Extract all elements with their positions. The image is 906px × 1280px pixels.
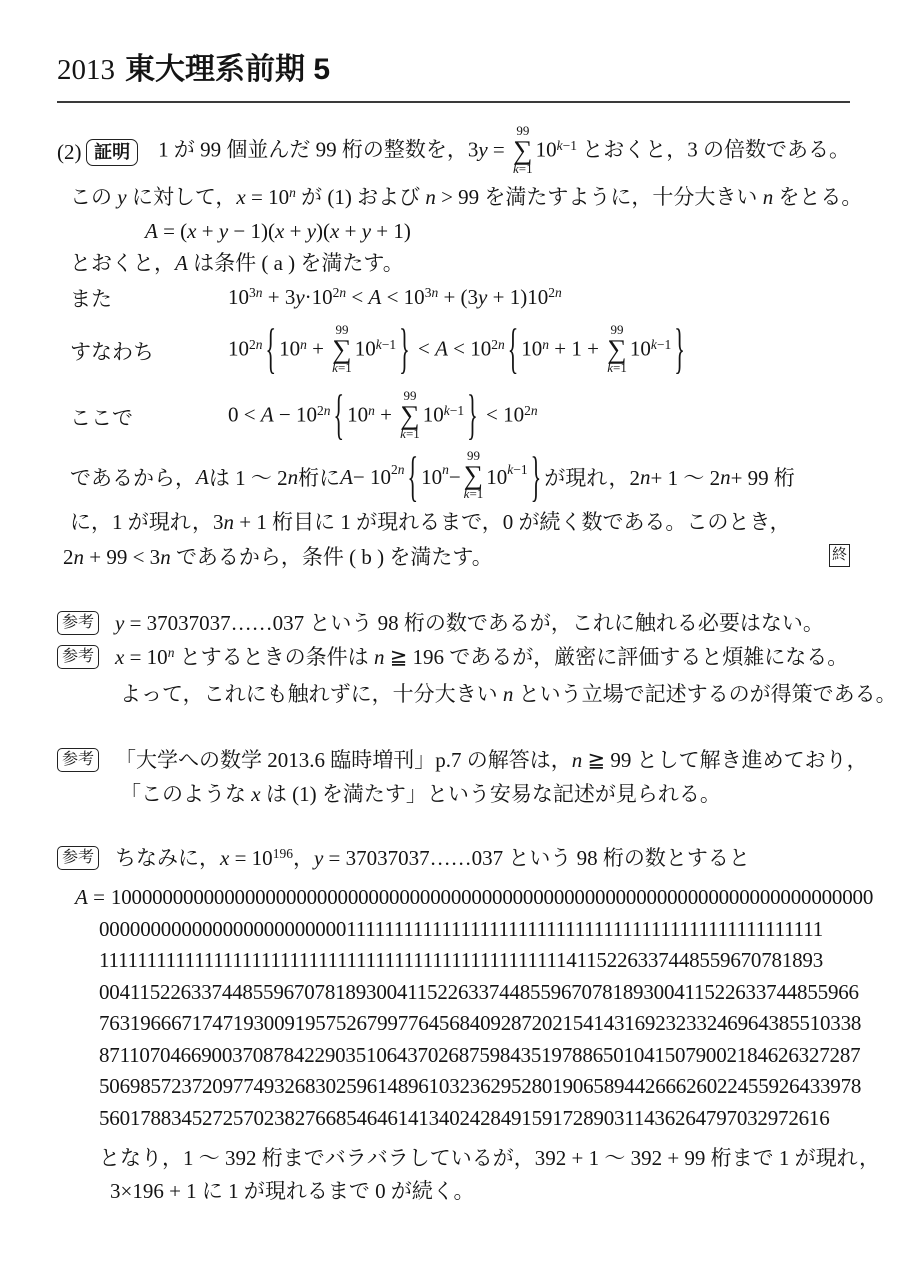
- note-1-text: y = 37037037……037 という 98 桁の数であるが，これに触れる必…: [115, 606, 824, 640]
- proof-paragraph-line1: であるから，A は 1 ～ 2n 桁に A − 102n{10n − 99∑k=…: [70, 448, 850, 506]
- closing-line-2: 3×196 + 1 に 1 が現れるまで 0 が続く。: [110, 1175, 850, 1208]
- proof-line1-text: 1 が 99 個並んだ 99 桁の整数を，3y = 99∑k=110k−1 とお…: [158, 126, 850, 178]
- sigma-sum: 99∑k=1: [513, 124, 533, 176]
- note-3: 参考 「大学への数学 2013.6 臨時増刊」p.7 の解答は，n ≧ 99 と…: [57, 743, 850, 777]
- formula-row-sunawachi: すなわち 102n{10n + 99∑k=110k−1} < A < 102n{…: [57, 316, 850, 386]
- note-box-label: 参考: [57, 748, 99, 772]
- note-box-label: 参考: [57, 645, 99, 669]
- big-brace: }: [467, 382, 478, 447]
- big-brace: {: [266, 316, 277, 381]
- proof-heading-line: (2) 証明 1 が 99 個並んだ 99 桁の整数を，3y = 99∑k=11…: [57, 123, 850, 181]
- note-3-text-line1: 「大学への数学 2013.6 臨時増刊」p.7 の解答は，n ≧ 99 として解…: [115, 743, 868, 777]
- document-page: 2013東大理系前期 5 (2) 証明 1 が 99 個並んだ 99 桁の整数を…: [0, 0, 906, 1280]
- horizontal-rule: [57, 101, 850, 103]
- sigma-sum: 99∑k=1: [332, 323, 352, 375]
- title-year: 2013: [57, 54, 115, 86]
- row-formula: 103n + 3y·102n < A < 103n + (3y + 1)102n: [228, 285, 562, 310]
- big-number-line-6: 8711070466900370878422903510643702687598…: [99, 1040, 850, 1072]
- row-formula: 102n{10n + 99∑k=110k−1} < A < 102n{10n +…: [228, 325, 688, 377]
- title-name: 東大理系前期 5: [125, 53, 330, 86]
- big-brace: {: [508, 316, 519, 381]
- big-number-line-4: 0041152263374485596707818930041152263374…: [99, 977, 850, 1009]
- note-2-text-line1: x = 10n とするときの条件は n ≧ 196 であるが，厳密に評価すると煩…: [115, 640, 848, 677]
- big-number-line-2: 0000000000000000000000001111111111111111…: [99, 914, 850, 946]
- sigma-sum: 99∑k=1: [464, 449, 484, 501]
- big-number-digits-6: 8711070466900370878422903510643702687598…: [99, 1043, 860, 1067]
- big-number-digits-7: 5069857237209774932683025961489610323629…: [99, 1074, 861, 1098]
- note-1: 参考 y = 37037037……037 という 98 桁の数であるが，これに触…: [57, 606, 850, 640]
- proof-box-label: 証明: [86, 139, 138, 166]
- big-number-digits-8: 5601788345272570238276685464614134024284…: [99, 1106, 830, 1130]
- big-number-line-5: 7631966671747193009195752679977645684092…: [99, 1008, 850, 1040]
- equation-A-definition: A = (x + y − 1)(x + y)(x + y + 1): [145, 216, 850, 247]
- qed-box: 終: [829, 544, 850, 567]
- big-brace: }: [531, 445, 542, 510]
- proof-paragraph-line3-text: 2n + 99 < 3n であるから，条件 ( b ) を満たす。: [63, 541, 493, 571]
- big-number-digits-1: 1000000000000000000000000000000000000000…: [111, 885, 873, 909]
- big-number-line-8: 5601788345272570238276685464614134024284…: [99, 1103, 850, 1135]
- big-brace: }: [399, 316, 410, 381]
- big-number-digits-3: 1111111111111111111111111111111111111111…: [99, 948, 823, 972]
- big-number-line-1: A =1000000000000000000000000000000000000…: [75, 882, 850, 914]
- big-brace: {: [408, 445, 419, 510]
- big-number-digits-2: 0000000000000000000000001111111111111111…: [99, 917, 823, 941]
- proof-paragraph-line2: に，1 が現れ，3n + 1 桁目に 1 が現れるまで，0 が続く数である。この…: [70, 506, 850, 539]
- sigma-sum: 99∑k=1: [607, 323, 627, 375]
- big-number-line-7: 5069857237209774932683025961489610323629…: [99, 1071, 850, 1103]
- note-2: 参考 x = 10n とするときの条件は n ≧ 196 であるが，厳密に評価す…: [57, 640, 850, 677]
- big-brace: }: [674, 316, 685, 381]
- note-4-text: ちなみに，x = 10196，y = 37037037……037 という 98 …: [115, 841, 750, 878]
- note-box-label: 参考: [57, 611, 99, 635]
- note-3-text-line2: 「このような x は (1) を満たす」という安易な記述が見られる。: [120, 777, 850, 811]
- proof-line2: この y に対して，x = 10n が (1) および n > 99 を満たすよ…: [70, 181, 850, 216]
- note-box-label: 参考: [57, 846, 99, 870]
- note-4: 参考 ちなみに，x = 10196，y = 37037037……037 という …: [57, 841, 850, 878]
- formula-row-kokode: ここで 0 < A − 102n{10n + 99∑k=110k−1} < 10…: [57, 386, 850, 448]
- proof-line3: とおくと，A は条件 ( a ) を満たす。: [70, 247, 850, 279]
- page-title: 2013東大理系前期 5: [57, 0, 850, 88]
- big-number-block: A =1000000000000000000000000000000000000…: [57, 882, 850, 1134]
- row-formula: 0 < A − 102n{10n + 99∑k=110k−1} < 102n: [228, 391, 538, 443]
- row-label: すなわち: [70, 336, 228, 366]
- note-2-text-line2: よって，これにも触れずに，十分大きい n という立場で記述するのが得策である。: [120, 677, 850, 711]
- proof-paragraph-line3: 2n + 99 < 3n であるから，条件 ( b ) を満たす。 終: [63, 539, 850, 572]
- sigma-sum: 99∑k=1: [400, 389, 420, 441]
- big-number-lhs: A =: [75, 885, 105, 909]
- big-number-digits-5: 7631966671747193009195752679977645684092…: [99, 1011, 861, 1035]
- big-brace: {: [334, 382, 345, 447]
- big-number-line-3: 1111111111111111111111111111111111111111…: [99, 945, 850, 977]
- formula-row-mata: また 103n + 3y·102n < A < 103n + (3y + 1)1…: [57, 279, 850, 316]
- row-label: ここで: [70, 402, 228, 432]
- row-label: また: [70, 283, 228, 313]
- closing-line-1: となり，1 ～ 392 桁までバラバラしているが，392 + 1 ～ 392 +…: [99, 1142, 850, 1175]
- big-number-digits-4: 0041152263374485596707818930041152263374…: [99, 980, 859, 1004]
- item-number: (2): [57, 140, 86, 165]
